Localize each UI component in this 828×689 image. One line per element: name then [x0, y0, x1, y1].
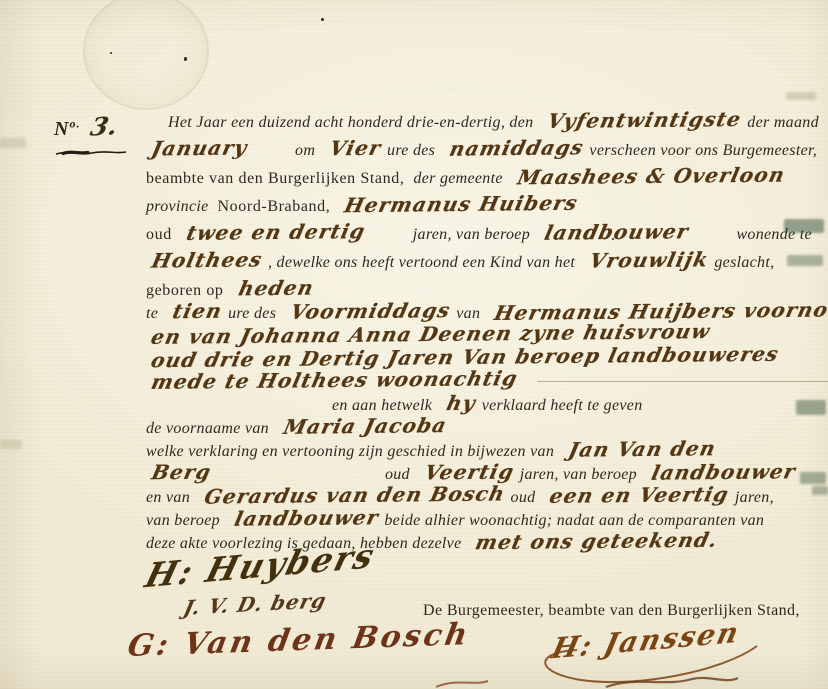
- handwritten-text: tien: [171, 300, 225, 324]
- handwritten-text: een en Veertig: [548, 483, 732, 508]
- printed-text: en van: [146, 489, 190, 506]
- act-line: beambte van den Burgerlijken Stand,der g…: [146, 165, 822, 193]
- printed-text: welke verklaring en vertooning zijn gesc…: [146, 443, 554, 460]
- printed-text: beide alhier woonachtig; nadat aan de co…: [384, 512, 764, 529]
- act-line: tetienure desVoormiddagsvanHermanus Huij…: [146, 300, 822, 323]
- handwritten-text: twee en dertig: [184, 220, 367, 245]
- printed-text: oud: [146, 226, 172, 243]
- handwritten-text: hy: [445, 392, 479, 415]
- handwritten-text: met ons geteekend.: [474, 529, 721, 555]
- printed-text: jaren, van beroep: [520, 466, 637, 483]
- handwritten-text: Vier: [328, 137, 384, 161]
- printed-text: , dewelke ons heeft vertoond een Kind va…: [268, 254, 575, 271]
- printed-text: oud: [511, 489, 536, 506]
- printed-text: geboren op: [146, 282, 224, 299]
- printed-text: Noord-Braband,: [218, 198, 331, 215]
- bleedthrough-mark: [800, 472, 826, 484]
- handwritten-text: landbouwer: [542, 220, 691, 245]
- printed-text: Het Jaar een duizend acht honderd drie-e…: [168, 114, 533, 131]
- ink-speck: [184, 57, 187, 61]
- bleedthrough-mark: [787, 255, 823, 266]
- act-line: JanuaryomVierure desnamiddagsverscheen v…: [146, 137, 822, 165]
- handwritten-text: Maashees & Overloon: [515, 164, 787, 190]
- act-line: Het Jaar een duizend acht honderd drie-e…: [146, 109, 822, 137]
- handwritten-text: Hermanus Huibers: [343, 192, 581, 217]
- bleedthrough-mark: [0, 440, 22, 449]
- printed-text: van beroep: [146, 512, 220, 529]
- ink-speck: [321, 18, 324, 21]
- act-line: Holthees, dewelke ons heeft vertoond een…: [146, 249, 822, 277]
- handwritten-text: heden: [236, 277, 316, 301]
- act-number: No. 3.: [54, 112, 144, 159]
- printed-text: beambte van den Burgerlijken Stand,: [146, 170, 404, 187]
- document-page: No. 3. Het Jaar een duizend acht honderd…: [0, 0, 828, 689]
- ink-speck: [110, 52, 112, 54]
- paper-watermark: [83, 0, 209, 110]
- act-line: de voornaame vanMaria Jacoba: [146, 415, 822, 438]
- number-flourish-icon: [54, 147, 128, 159]
- printed-text: geslacht,: [714, 254, 774, 271]
- act-line: oudtwee en dertigjaren, van beroeplandbo…: [146, 221, 822, 249]
- act-body: Het Jaar een duizend acht honderd drie-e…: [146, 109, 822, 553]
- handwritten-text: namiddags: [447, 136, 586, 160]
- printed-text: om: [295, 142, 315, 159]
- act-number-value: 3.: [88, 111, 120, 141]
- handwritten-text: Holthees: [149, 248, 264, 272]
- handwritten-text: landbouwer: [649, 460, 798, 485]
- handwritten-text: mede te Holthees woonachtig: [149, 367, 520, 394]
- partial-signature-strokes-icon: [430, 674, 740, 689]
- witness-signature-vdbosch: G: Van den Bosch: [125, 617, 473, 664]
- printed-text: verscheen voor ons Burgemeester,: [589, 142, 817, 159]
- handwritten-text: Berg: [149, 461, 213, 485]
- bleedthrough-mark: [0, 138, 26, 148]
- act-line: provincieNoord-Braband,Hermanus Huibers: [146, 193, 822, 221]
- printed-text: der maand: [747, 114, 819, 131]
- printed-text: ure des: [387, 142, 435, 159]
- officiant-title: De Burgemeester, beambte van den Burgerl…: [423, 602, 800, 620]
- act-line: mede te Holthees woonachtig: [146, 369, 822, 392]
- act-line: geboren opheden: [146, 277, 822, 300]
- handwritten-text: Maria Jacoba: [281, 414, 449, 439]
- printed-text: oud: [385, 466, 410, 483]
- printed-text: provincie: [146, 198, 209, 215]
- bleedthrough-mark: [784, 219, 824, 233]
- printed-text: van: [456, 305, 480, 322]
- printed-text: te: [146, 305, 158, 322]
- printed-text: der gemeente: [413, 170, 502, 187]
- witness-signature-vdberg: J. V. D. berg: [181, 588, 329, 620]
- printed-text: verklaard heeft te geven: [482, 397, 643, 414]
- act-line: en aan hetwelkhyverklaard heeft te geven: [146, 392, 822, 415]
- printed-text: de voornaame van: [146, 420, 269, 437]
- bleedthrough-mark: [786, 92, 816, 100]
- handwritten-text: Voormiddags: [289, 299, 453, 324]
- printed-text: jaren, van beroep: [413, 226, 530, 243]
- printed-text: ure des: [228, 305, 276, 322]
- handwritten-text: Vyfentwintigste: [546, 108, 744, 133]
- handwritten-text: January: [149, 137, 249, 161]
- act-number-label: No.: [54, 118, 80, 140]
- act-line: BergoudVeertigjaren, van beroeplandbouwe…: [146, 461, 822, 484]
- printed-text: en aan hetwelk: [332, 397, 432, 414]
- handwritten-text: Vrouwlijk: [587, 248, 711, 272]
- printed-text: jaren,: [735, 489, 774, 506]
- handwritten-text: Jan Van den: [566, 437, 718, 462]
- bleedthrough-mark: [812, 486, 828, 495]
- ink-speck: [612, 238, 614, 240]
- bleedthrough-mark: [796, 400, 826, 415]
- handwritten-text: landbouwer: [232, 506, 381, 531]
- act-line: en vanGerardus van den Boschoudeen en Ve…: [146, 484, 822, 507]
- act-line: van beroeplandbouwerbeide alhier woonach…: [146, 507, 822, 530]
- act-line: welke verklaring en vertooning zijn gesc…: [146, 438, 822, 461]
